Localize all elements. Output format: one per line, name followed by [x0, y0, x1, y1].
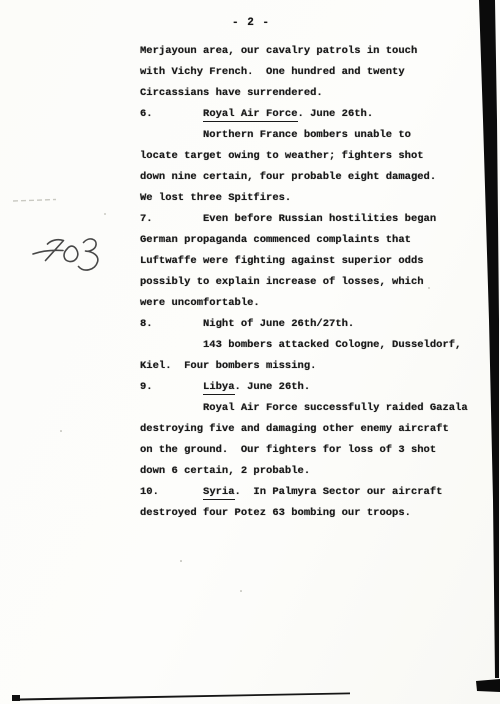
- text-segment: . In Palmyra Sector our aircraft: [235, 486, 443, 498]
- text-segment: Luftwaffe were fighting against superior…: [140, 255, 424, 267]
- text-line: destroying five and damaging other enemy…: [140, 419, 470, 440]
- text-segment: destroyed four Potez 63 bombing our troo…: [140, 507, 411, 519]
- text-line: 10. Syria. In Palmyra Sector our aircraf…: [140, 482, 470, 503]
- text-segment: 9.: [140, 381, 203, 393]
- text-segment: Circassians have surrendered.: [140, 87, 323, 99]
- text-segment: 8. Night of June 26th/27th.: [140, 318, 354, 330]
- text-line: with Vichy French. One hundred and twent…: [140, 62, 470, 83]
- page-number: - 2 -: [232, 17, 270, 29]
- text-line: were uncomfortable.: [140, 293, 470, 314]
- scanned-document-page: - 2 - Merjayoun area, our cavalry patrol…: [0, 0, 500, 704]
- text-line: Northern France bombers unable to: [140, 125, 470, 146]
- text-segment: Northern France bombers unable to: [140, 129, 411, 141]
- text-segment: 10.: [140, 486, 203, 498]
- text-segment: 6.: [140, 108, 203, 120]
- text-line: down nine certain, four probable eight d…: [140, 167, 470, 188]
- text-line: locate target owing to weather; fighters…: [140, 146, 470, 167]
- handwritten-digit-3: [79, 239, 98, 270]
- text-segment: locate target owing to weather; fighters…: [140, 150, 424, 162]
- text-segment: 7. Even before Russian hostilities began: [140, 213, 436, 225]
- text-segment: with Vichy French. One hundred and twent…: [140, 66, 405, 78]
- text-line: 7. Even before Russian hostilities began: [140, 209, 470, 230]
- text-segment: on the ground. Our fighters for loss of …: [140, 444, 436, 456]
- text-line: Merjayoun area, our cavalry patrols in t…: [140, 41, 470, 62]
- text-line: Circassians have surrendered.: [140, 83, 470, 104]
- underlined-heading: Libya: [203, 381, 235, 395]
- text-line: Kiel. Four bombers missing.: [140, 356, 470, 377]
- pencil-streak: [13, 200, 56, 202]
- text-segment: Royal Air Force successfully raided Gaza…: [140, 402, 468, 414]
- text-line: 9. Libya. June 26th.: [140, 377, 470, 398]
- paper-speck: [240, 590, 242, 592]
- handwritten-digit-7: [46, 240, 64, 261]
- paper-speck: [180, 560, 182, 562]
- paper-speck: [60, 430, 62, 432]
- text-line: down 6 certain, 2 probable.: [140, 461, 470, 482]
- text-line: 6. Royal Air Force. June 26th.: [140, 104, 470, 125]
- scan-edge-right: [479, 0, 499, 678]
- handwritten-digit-7-crossbar: [33, 250, 63, 254]
- handwritten-note-value: 703: [0, 0, 1, 1]
- text-segment: . June 26th.: [235, 381, 311, 393]
- text-segment: . June 26th.: [298, 108, 374, 120]
- text-segment: 143 bombers attacked Cologne, Dusseldorf…: [140, 339, 461, 351]
- text-line: German propaganda commenced complaints t…: [140, 230, 470, 251]
- text-line: on the ground. Our fighters for loss of …: [140, 440, 470, 461]
- text-line: Luftwaffe were fighting against superior…: [140, 251, 470, 272]
- text-line: 143 bombers attacked Cologne, Dusseldorf…: [140, 335, 470, 356]
- text-segment: We lost three Spitfires.: [140, 192, 291, 204]
- text-line: 8. Night of June 26th/27th.: [140, 314, 470, 335]
- text-segment: Kiel. Four bombers missing.: [140, 360, 316, 372]
- underlined-heading: Syria: [203, 486, 235, 500]
- text-line: We lost three Spitfires.: [140, 188, 470, 209]
- scan-mark-bottom-left-blob: [12, 695, 20, 701]
- paper-speck: [104, 213, 106, 215]
- text-segment: down nine certain, four probable eight d…: [140, 171, 436, 183]
- text-segment: destroying five and damaging other enemy…: [140, 423, 449, 435]
- handwritten-digit-0: [64, 246, 78, 261]
- scan-mark-bottom-right: [476, 679, 500, 692]
- text-line: destroyed four Potez 63 bombing our troo…: [140, 503, 470, 524]
- text-line: possibly to explain increase of losses, …: [140, 272, 470, 293]
- text-segment: German propaganda commenced complaints t…: [140, 234, 411, 246]
- text-segment: possibly to explain increase of losses, …: [140, 276, 424, 288]
- text-line: Royal Air Force successfully raided Gaza…: [140, 398, 470, 419]
- text-segment: down 6 certain, 2 probable.: [140, 465, 310, 477]
- underlined-heading: Royal Air Force: [203, 108, 298, 122]
- text-segment: were uncomfortable.: [140, 297, 260, 309]
- paper-speck: [428, 287, 430, 289]
- typed-text: Merjayoun area, our cavalry patrols in t…: [140, 41, 470, 524]
- text-segment: Merjayoun area, our cavalry patrols in t…: [140, 45, 417, 57]
- scan-line-bottom: [20, 693, 350, 701]
